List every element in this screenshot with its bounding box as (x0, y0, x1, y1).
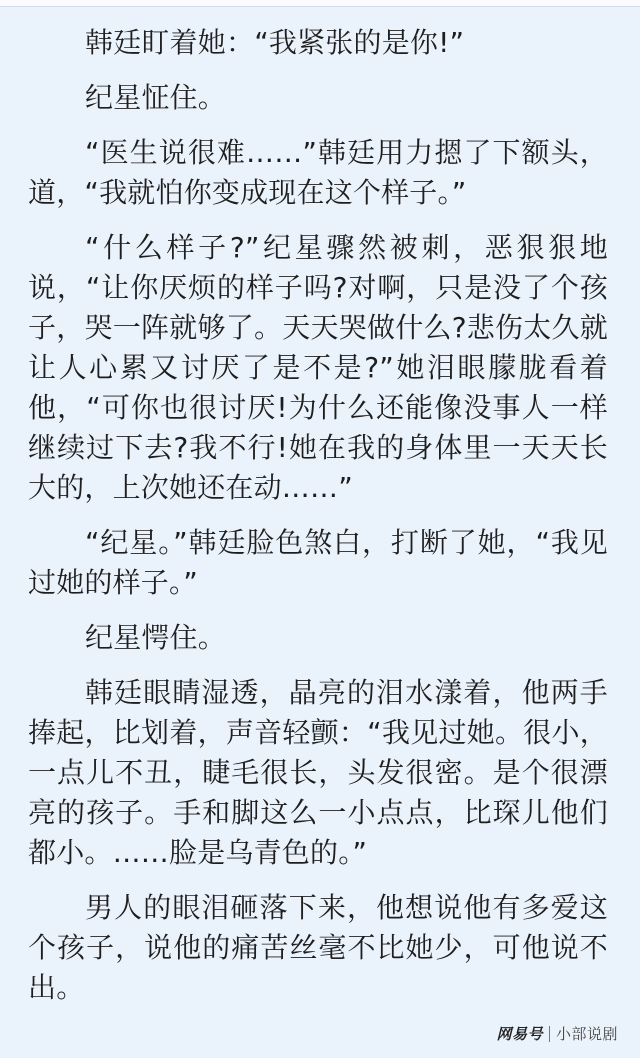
paragraph-2: 纪星怔住。 (28, 78, 608, 118)
paragraph-6: 纪星愕住。 (28, 618, 608, 658)
paragraph-5: “纪星。”韩廷脸色煞白，打断了她，“我见过她的样子。” (28, 523, 608, 603)
paragraph-7: 韩廷眼睛湿透，晶亮的泪水漾着，他两手捧起，比划着，声音轻颤：“我见过她。很小，一… (28, 673, 608, 873)
article-body: 韩廷盯着她：“我紧张的是你!” 纪星怔住。 “医生说很难……”韩廷用力摁了下额头… (28, 23, 608, 1023)
watermark-author: 小部说剧 (556, 1023, 618, 1044)
article-page: 韩廷盯着她：“我紧张的是你!” 纪星怔住。 “医生说很难……”韩廷用力摁了下额头… (0, 7, 640, 1058)
watermark-divider (549, 1026, 550, 1042)
paragraph-4: “什么样子?”纪星骤然被刺，恶狠狠地说，“让你厌烦的样子吗?对啊，只是没了个孩子… (28, 228, 608, 508)
top-border-strip (0, 0, 640, 7)
watermark: 网易号 小部说剧 (496, 1023, 618, 1044)
paragraph-1: 韩廷盯着她：“我紧张的是你!” (28, 23, 608, 63)
paragraph-3: “医生说很难……”韩廷用力摁了下额头，道，“我就怕你变成现在这个样子。” (28, 133, 608, 213)
paragraph-8: 男人的眼泪砸落下来，他想说他有多爱这个孩子，说他的痛苦丝毫不比她少，可他说不出。 (28, 888, 608, 1008)
watermark-brand: 网易号 (496, 1023, 543, 1044)
